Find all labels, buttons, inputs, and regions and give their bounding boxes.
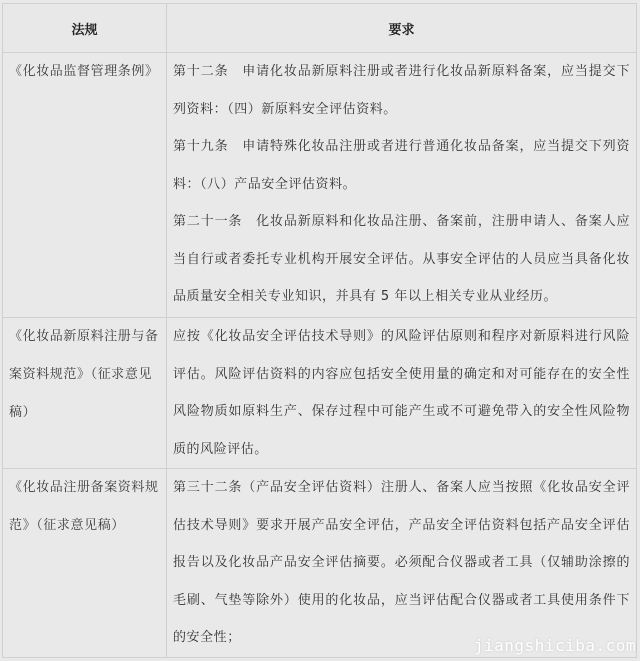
- law-name: 《化妆品注册备案资料规范》（征求意见稿）: [9, 469, 160, 545]
- table-header-row: 法规 要求: [3, 4, 637, 53]
- table-row: 《化妆品注册备案资料规范》（征求意见稿） 第三十二条（产品安全评估资料）注册人、…: [3, 469, 637, 658]
- regulations-table: 法规 要求 《化妆品监督管理条例》 第十二条 申请化妆品新原料注册或者进行化妆品…: [2, 3, 637, 658]
- requirement-text: 第三十二条（产品安全评估资料）注册人、备案人应当按照《化妆品安全评估技术导则》要…: [173, 469, 630, 657]
- requirement-text: 应按《化妆品安全评估技术导则》的风险评估原则和程序对新原料进行风险评估。风险评估…: [173, 318, 630, 468]
- law-cell: 《化妆品监督管理条例》: [3, 53, 167, 318]
- law-cell: 《化妆品注册备案资料规范》（征求意见稿）: [3, 469, 167, 658]
- requirement-cell: 应按《化妆品安全评估技术导则》的风险评估原则和程序对新原料进行风险评估。风险评估…: [167, 318, 637, 469]
- requirement-text: 第十二条 申请化妆品新原料注册或者进行化妆品新原料备案，应当提交下列资料：（四）…: [173, 53, 630, 128]
- requirement-cell: 第三十二条（产品安全评估资料）注册人、备案人应当按照《化妆品安全评估技术导则》要…: [167, 469, 637, 658]
- requirement-text: 第二十一条 化妆品新原料和化妆品注册、备案前，注册申请人、备案人应当自行或者委托…: [173, 203, 630, 316]
- document-page: 法规 要求 《化妆品监督管理条例》 第十二条 申请化妆品新原料注册或者进行化妆品…: [0, 0, 640, 661]
- header-requirement: 要求: [167, 4, 637, 53]
- header-law: 法规: [3, 4, 167, 53]
- requirement-cell: 第十二条 申请化妆品新原料注册或者进行化妆品新原料备案，应当提交下列资料：（四）…: [167, 53, 637, 318]
- table-row: 《化妆品监督管理条例》 第十二条 申请化妆品新原料注册或者进行化妆品新原料备案，…: [3, 53, 637, 318]
- watermark-text: jiangshiciba.com: [474, 636, 636, 655]
- law-name: 《化妆品新原料注册与备案资料规范》（征求意见稿）: [9, 318, 160, 432]
- law-cell: 《化妆品新原料注册与备案资料规范》（征求意见稿）: [3, 318, 167, 469]
- requirement-text: 第十九条 申请特殊化妆品注册或者进行普通化妆品备案，应当提交下列资料：（八）产品…: [173, 128, 630, 203]
- law-name: 《化妆品监督管理条例》: [9, 53, 160, 91]
- table-row: 《化妆品新原料注册与备案资料规范》（征求意见稿） 应按《化妆品安全评估技术导则》…: [3, 318, 637, 469]
